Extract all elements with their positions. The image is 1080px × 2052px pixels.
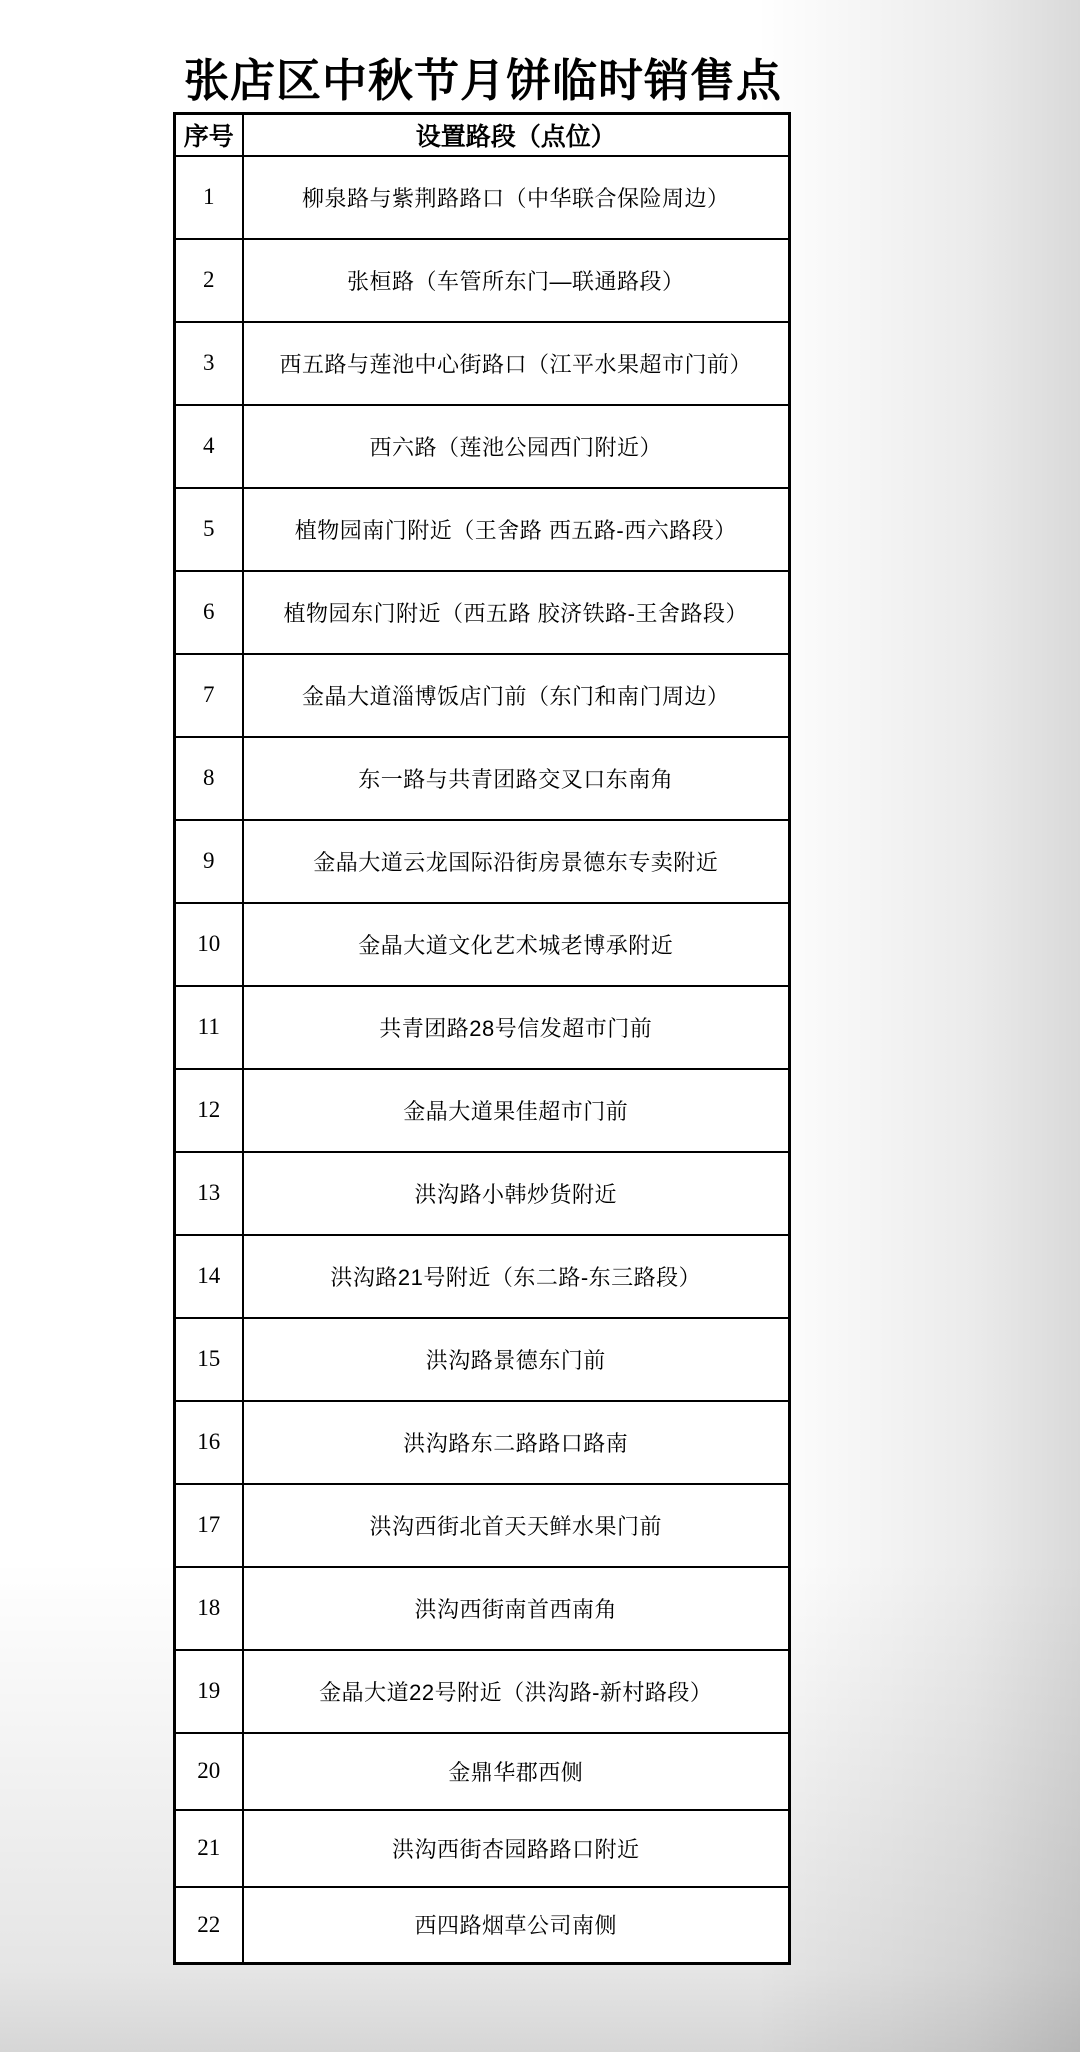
row-number: 2	[175, 239, 243, 322]
row-location: 金晶大道22号附近（洪沟路-新村路段）	[243, 1650, 790, 1733]
row-location: 张桓路（车管所东门—联通路段）	[243, 239, 790, 322]
row-number: 14	[175, 1235, 243, 1318]
row-number: 9	[175, 820, 243, 903]
row-location: 西六路（莲池公园西门附近）	[243, 405, 790, 488]
row-number: 19	[175, 1650, 243, 1733]
row-number: 22	[175, 1887, 243, 1964]
row-location: 洪沟路景德东门前	[243, 1318, 790, 1401]
row-number: 8	[175, 737, 243, 820]
header-row: 序号 设置路段（点位）	[175, 114, 790, 156]
row-location: 植物园东门附近（西五路 胶济铁路-王舍路段）	[243, 571, 790, 654]
table-row: 11 共青团路28号信发超市门前	[175, 986, 790, 1069]
row-number: 13	[175, 1152, 243, 1235]
header-cell-location: 设置路段（点位）	[243, 114, 790, 156]
table-row: 18 洪沟西街南首西南角	[175, 1567, 790, 1650]
row-number: 20	[175, 1733, 243, 1810]
row-number: 17	[175, 1484, 243, 1567]
row-number: 10	[175, 903, 243, 986]
row-number: 3	[175, 322, 243, 405]
row-location: 西四路烟草公司南侧	[243, 1887, 790, 1964]
table-row: 14 洪沟路21号附近（东二路-东三路段）	[175, 1235, 790, 1318]
row-number: 15	[175, 1318, 243, 1401]
table-row: 9 金晶大道云龙国际沿街房景德东专卖附近	[175, 820, 790, 903]
table-row: 4 西六路（莲池公园西门附近）	[175, 405, 790, 488]
row-number: 11	[175, 986, 243, 1069]
row-number: 5	[175, 488, 243, 571]
row-location: 金鼎华郡西侧	[243, 1733, 790, 1810]
table-row: 19 金晶大道22号附近（洪沟路-新村路段）	[175, 1650, 790, 1733]
row-location: 共青团路28号信发超市门前	[243, 986, 790, 1069]
row-location: 西五路与莲池中心街路口（江平水果超市门前）	[243, 322, 790, 405]
table-header: 序号 设置路段（点位）	[175, 114, 790, 156]
table-row: 6 植物园东门附近（西五路 胶济铁路-王舍路段）	[175, 571, 790, 654]
table-row: 22 西四路烟草公司南侧	[175, 1887, 790, 1964]
table-row: 8 东一路与共青团路交叉口东南角	[175, 737, 790, 820]
table-row: 10 金晶大道文化艺术城老博承附近	[175, 903, 790, 986]
row-number: 21	[175, 1810, 243, 1887]
row-number: 4	[175, 405, 243, 488]
page-title: 张店区中秋节月饼临时销售点	[143, 44, 823, 109]
row-number: 7	[175, 654, 243, 737]
table-row: 13 洪沟路小韩炒货附近	[175, 1152, 790, 1235]
row-location: 洪沟路东二路路口路南	[243, 1401, 790, 1484]
page: { "page": { "title": "张店区中秋节月饼临时销售点" }, …	[0, 0, 1080, 2052]
row-number: 16	[175, 1401, 243, 1484]
row-location: 金晶大道果佳超市门前	[243, 1069, 790, 1152]
row-location: 洪沟路小韩炒货附近	[243, 1152, 790, 1235]
row-number: 18	[175, 1567, 243, 1650]
row-location: 金晶大道淄博饭店门前（东门和南门周边）	[243, 654, 790, 737]
table-body: 1 柳泉路与紫荆路路口（中华联合保险周边） 2 张桓路（车管所东门—联通路段） …	[175, 156, 790, 1964]
table-row: 2 张桓路（车管所东门—联通路段）	[175, 239, 790, 322]
row-location: 洪沟西街杏园路路口附近	[243, 1810, 790, 1887]
table-row: 21 洪沟西街杏园路路口附近	[175, 1810, 790, 1887]
table-row: 1 柳泉路与紫荆路路口（中华联合保险周边）	[175, 156, 790, 239]
row-location: 东一路与共青团路交叉口东南角	[243, 737, 790, 820]
row-location: 洪沟西街北首天天鲜水果门前	[243, 1484, 790, 1567]
row-location: 金晶大道文化艺术城老博承附近	[243, 903, 790, 986]
sales-points-table: 序号 设置路段（点位） 1 柳泉路与紫荆路路口（中华联合保险周边） 2 张桓路（…	[173, 112, 791, 1965]
table-row: 7 金晶大道淄博饭店门前（东门和南门周边）	[175, 654, 790, 737]
row-location: 洪沟路21号附近（东二路-东三路段）	[243, 1235, 790, 1318]
row-location: 洪沟西街南首西南角	[243, 1567, 790, 1650]
table-row: 16 洪沟路东二路路口路南	[175, 1401, 790, 1484]
row-location: 金晶大道云龙国际沿街房景德东专卖附近	[243, 820, 790, 903]
row-number: 6	[175, 571, 243, 654]
row-location: 植物园南门附近（王舍路 西五路-西六路段）	[243, 488, 790, 571]
table-row: 20 金鼎华郡西侧	[175, 1733, 790, 1810]
table-row: 15 洪沟路景德东门前	[175, 1318, 790, 1401]
header-cell-number: 序号	[175, 114, 243, 156]
row-location: 柳泉路与紫荆路路口（中华联合保险周边）	[243, 156, 790, 239]
table-row: 3 西五路与莲池中心街路口（江平水果超市门前）	[175, 322, 790, 405]
row-number: 1	[175, 156, 243, 239]
table-row: 12 金晶大道果佳超市门前	[175, 1069, 790, 1152]
row-number: 12	[175, 1069, 243, 1152]
table-row: 5 植物园南门附近（王舍路 西五路-西六路段）	[175, 488, 790, 571]
table-row: 17 洪沟西街北首天天鲜水果门前	[175, 1484, 790, 1567]
